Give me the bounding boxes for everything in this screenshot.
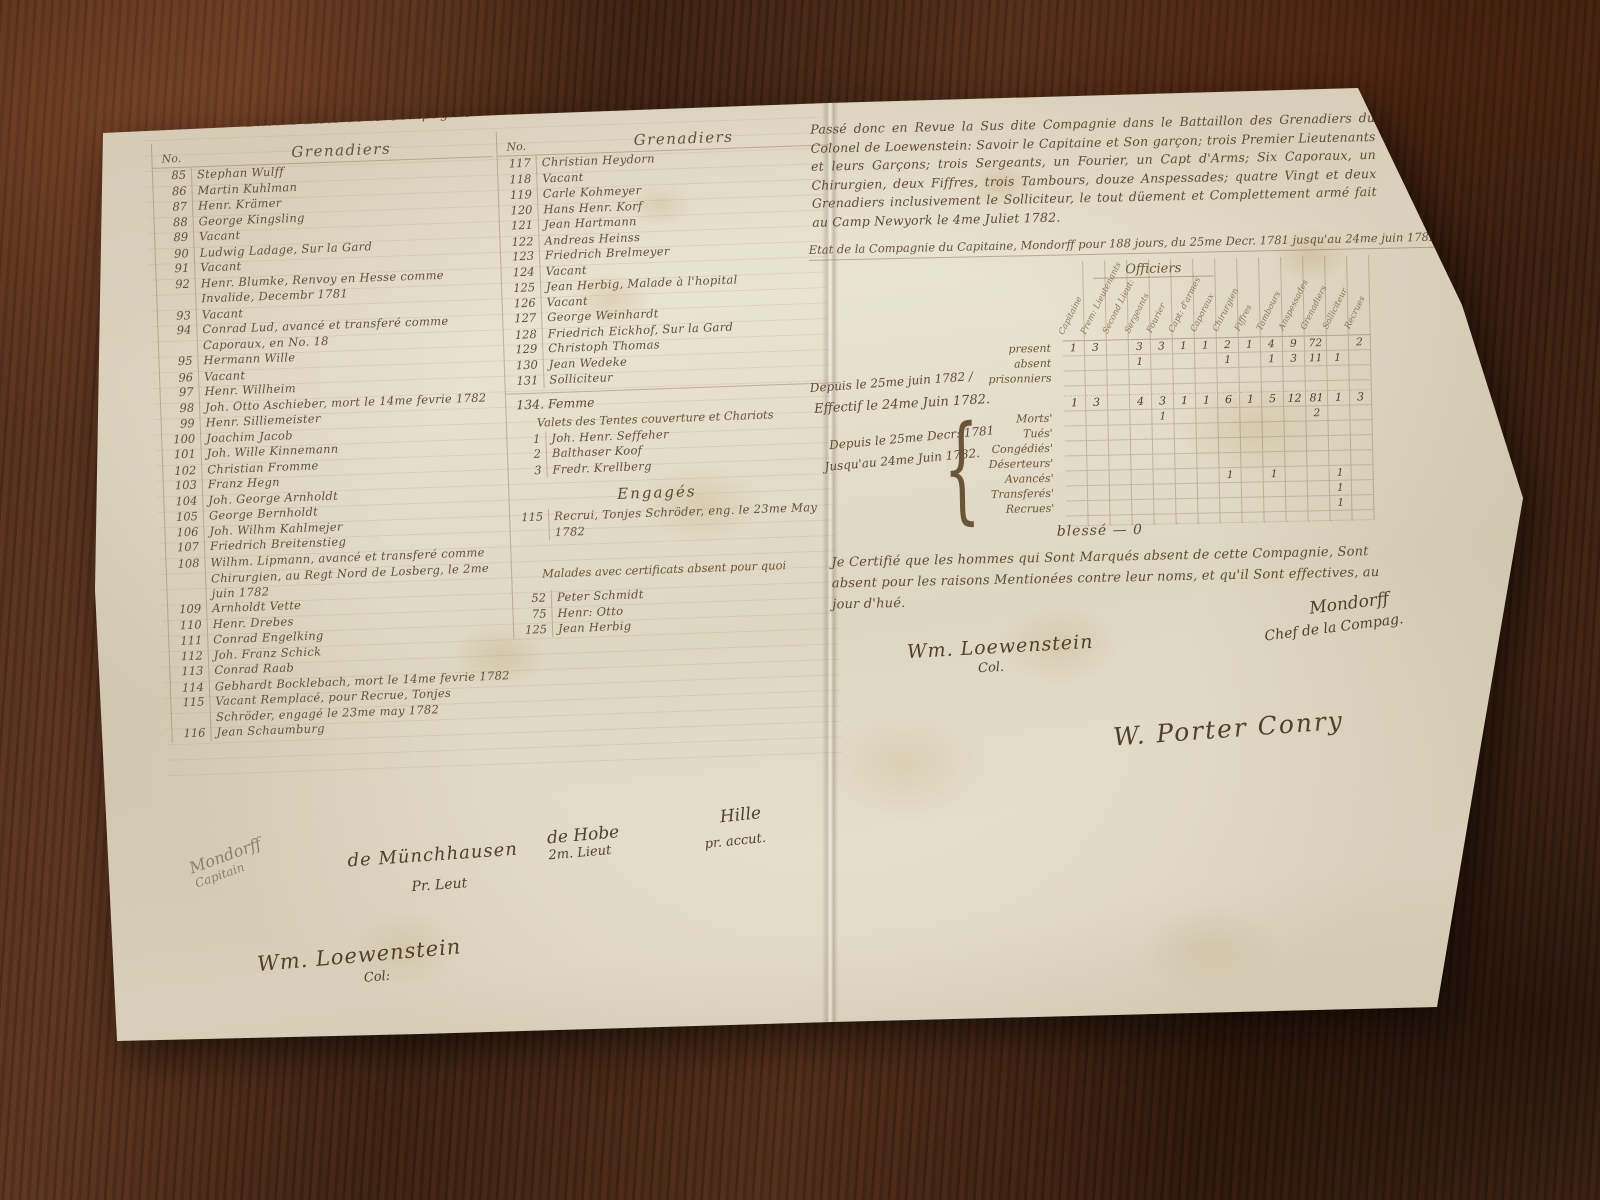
roster-number: 97: [160, 384, 199, 401]
roster-number: 128: [504, 326, 543, 343]
table-cell: [1131, 425, 1153, 440]
signature-munchhausen: de Münchhausen Pr. Leut: [347, 839, 521, 900]
roster-number: 92: [157, 276, 196, 308]
brace-glyph: {: [942, 399, 981, 536]
table-cell: [1351, 465, 1373, 480]
roster-number: 113: [170, 663, 209, 680]
table-cell: [1197, 438, 1219, 453]
table-cell: [1352, 510, 1374, 520]
table-cell: [1241, 452, 1263, 467]
left-page: Encore Liste de la Compagnie No. Grenadi…: [150, 94, 873, 1068]
table-cell: [1217, 368, 1239, 383]
table-cell: 1: [1328, 391, 1350, 406]
table-cell: [1151, 354, 1173, 369]
roster-number: 104: [164, 493, 203, 510]
table-cell: [1349, 365, 1371, 380]
photo-of-document-on-wood-table: Encore Liste de la Compagnie No. Grenadi…: [0, 0, 1600, 1200]
roster-number: 86: [153, 183, 192, 200]
table-cell: [1176, 514, 1198, 524]
table-cell: [1308, 481, 1330, 496]
roster-number: 52: [513, 590, 552, 607]
table-cell: [1064, 386, 1086, 396]
table-cell: [1351, 435, 1373, 450]
roster-number: 114: [171, 679, 210, 696]
table-cell: 3: [1129, 340, 1151, 355]
table-cell: [1174, 409, 1196, 424]
table-cell: [1132, 485, 1154, 500]
roster-number: 88: [154, 214, 193, 231]
table-cell: [1132, 470, 1154, 485]
table-cell: 1: [1195, 338, 1217, 353]
roster-number: 85: [153, 168, 192, 185]
table-cell: 1: [1152, 409, 1174, 424]
table-cell: [1305, 366, 1327, 381]
table-cell: 2: [1306, 406, 1328, 421]
table-cell: [1242, 512, 1264, 522]
table-grid: CapitainePrem: LieutenantsSecond Lieut:S…: [803, 255, 1374, 532]
table-cell: 12: [1284, 391, 1306, 406]
table-cell: [1065, 426, 1087, 441]
table-cell: [1307, 451, 1329, 466]
table-cell: 4: [1261, 337, 1283, 352]
paper-shadow-wrap: Encore Liste de la Compagnie No. Grenadi…: [0, 0, 1600, 1200]
table-cell: [1195, 368, 1217, 383]
table-cell: [1065, 456, 1087, 471]
table-cell: [1329, 436, 1351, 451]
roster-number: 126: [502, 295, 541, 312]
table-cell: [1129, 370, 1151, 385]
table-cell: [1220, 498, 1242, 513]
table-cell: [1349, 350, 1371, 365]
table-cell: [1308, 496, 1330, 511]
roster-number: 125: [514, 622, 553, 639]
table-cell: [1350, 380, 1372, 390]
table-cell: 1: [1239, 337, 1261, 352]
table-cell: [1175, 454, 1197, 469]
table-cell: [1242, 482, 1264, 497]
table-cell: 1: [1129, 355, 1151, 370]
roster-number: 90: [155, 246, 194, 263]
table-cell: [1110, 485, 1132, 500]
table-cell: [1286, 481, 1308, 496]
table-cell: 1: [1219, 468, 1241, 483]
roster-number: 109: [168, 601, 207, 618]
table-cell: [1198, 483, 1220, 498]
table-cell: [1109, 455, 1131, 470]
roster-number: 2: [508, 446, 547, 463]
roster-number: 123: [501, 249, 540, 266]
table-cell: 3: [1085, 341, 1107, 356]
table-cell: 3: [1151, 339, 1173, 354]
table-cell: [1108, 410, 1130, 425]
roster-number: 94: [158, 323, 197, 355]
table-cell: [1154, 499, 1176, 514]
roster-number: 117: [498, 156, 537, 173]
number-column-header: No.: [497, 140, 535, 154]
table-cell: [1286, 511, 1308, 521]
roster-number: 124: [501, 264, 540, 281]
table-cell: [1109, 425, 1131, 440]
table-cell: [1154, 469, 1176, 484]
table-cell: [1327, 336, 1349, 351]
table-cell: [1153, 454, 1175, 469]
table-cell: [1132, 500, 1154, 515]
table-cell: 1: [1063, 341, 1085, 356]
table-cell: [1306, 381, 1328, 391]
roster-number: 110: [168, 617, 207, 634]
table-cell: 3: [1283, 351, 1305, 366]
roster-column-2: No. Grenadiers 117Christian Heydorn118Va…: [496, 120, 849, 638]
table-cell: [1197, 468, 1219, 483]
table-cell: [1152, 384, 1174, 394]
table-cell: 1: [1217, 353, 1239, 368]
roster-number: 103: [164, 477, 203, 494]
table-cell: [1351, 420, 1373, 435]
table-cell: 1: [1240, 392, 1262, 407]
roster-number: 106: [165, 524, 204, 541]
table-header-row: CapitainePrem: LieutenantsSecond Lieut:S…: [803, 255, 1371, 347]
signature-loewenstein-right: Wm. Loewenstein Col.: [906, 631, 1095, 680]
table-cell: 4: [1130, 395, 1152, 410]
table-cell: 1: [1263, 467, 1285, 482]
table-cell: [1197, 423, 1219, 438]
signature-hille: Hille pr. accut.: [701, 803, 767, 852]
table-cell: 5: [1262, 392, 1284, 407]
table-cell: [1283, 366, 1305, 381]
table-cell: [1109, 440, 1131, 455]
signature-mondorff-capitain: Mondorff Capitain: [187, 834, 269, 891]
table-cell: [1063, 371, 1085, 386]
table-cell: 1: [1064, 396, 1086, 411]
table-cell: [1153, 439, 1175, 454]
table-cell: [1130, 385, 1152, 395]
muster-paragraph: Passé donc en Revue la Sus dite Compagni…: [810, 109, 1377, 232]
table-cell: [1196, 408, 1218, 423]
table-cell: [1087, 426, 1109, 441]
table-cell: [1327, 366, 1349, 381]
table-cell: [1087, 441, 1109, 456]
table-cell: [1285, 436, 1307, 451]
table-cell: [1088, 486, 1110, 501]
table-cell: [1284, 406, 1306, 421]
table-cell: [1285, 466, 1307, 481]
table-cell: [1240, 407, 1262, 422]
roster-number: 100: [162, 431, 201, 448]
table-cell: [1308, 511, 1330, 521]
table-cell: [1154, 514, 1176, 524]
table-cell: 3: [1152, 394, 1174, 409]
signature-porter-conry: W. Porter Conry: [1112, 706, 1345, 752]
table-cell: [1262, 407, 1284, 422]
table-cell: [1173, 369, 1195, 384]
table-cell: [1307, 421, 1329, 436]
table-cell: [1085, 356, 1107, 371]
roster-number: 105: [165, 509, 204, 526]
table-cell: [1130, 410, 1152, 425]
table-cell: 1: [1196, 393, 1218, 408]
number-column-header: No.: [152, 152, 190, 166]
table-cell: [1285, 421, 1307, 436]
table-cell: [1107, 370, 1129, 385]
table-cell: [1262, 382, 1284, 392]
table-cell: [1239, 352, 1261, 367]
table-cell: 9: [1283, 336, 1305, 351]
roster-number: 112: [170, 648, 209, 665]
right-page: Passé donc en Revue la Sus dite Compagni…: [800, 99, 1560, 834]
table-cell: [1263, 452, 1285, 467]
table-cell: [1154, 484, 1176, 499]
roster-number: 120: [499, 202, 538, 219]
table-cell: [1107, 340, 1129, 355]
signature-loewenstein-left: Wm. Loewenstein Col:: [256, 934, 464, 995]
table-cell: [1197, 453, 1219, 468]
roster-number: 116: [172, 725, 211, 742]
signature-rank: pr. accut.: [703, 823, 766, 852]
table-cell: [1176, 499, 1198, 514]
table-cell: [1264, 482, 1286, 497]
table-cell: [1218, 408, 1240, 423]
table-cell: [1175, 424, 1197, 439]
table-cell: [1153, 424, 1175, 439]
table-cell: [1241, 467, 1263, 482]
table-cell: 1: [1329, 466, 1351, 481]
table-cell: [1066, 486, 1088, 501]
table-cell: [1107, 355, 1129, 370]
table-cell: [1330, 511, 1352, 521]
table-cell: [1285, 451, 1307, 466]
roster-number: 121: [500, 218, 539, 235]
roster-number: 118: [498, 171, 537, 188]
table-cell: 2: [1217, 338, 1239, 353]
roster-number: 115: [510, 509, 549, 541]
table-cell: [1110, 470, 1132, 485]
roster-number: 127: [503, 310, 542, 327]
table-cell: [1085, 371, 1107, 386]
table-cell: 1: [1327, 351, 1349, 366]
table-cell: [1241, 437, 1263, 452]
roster-number: 93: [158, 307, 197, 324]
table-cell: 1: [1330, 496, 1352, 511]
roster-number: 89: [155, 230, 194, 247]
table-cell: 11: [1305, 351, 1327, 366]
roster-number: 87: [154, 199, 193, 216]
roster-number: 96: [160, 369, 199, 386]
table-cell: [1110, 500, 1132, 515]
roster-column-1-rows: 85Stephan Wulff86Martin Kuhlman87Henr. K…: [153, 157, 513, 742]
table-cell: [1218, 383, 1240, 393]
table-cell: [1307, 436, 1329, 451]
roster-number: 130: [505, 357, 544, 374]
table-cell: [1176, 469, 1198, 484]
table-cell: 81: [1306, 391, 1328, 406]
table-cell: [1088, 471, 1110, 486]
table-cell: [1328, 381, 1350, 391]
row-label-spacer: [803, 262, 1063, 347]
table-cell: [1086, 411, 1108, 426]
roster-column-2-rows: 117Christian Heydorn118Vacant119Carle Ko…: [498, 145, 841, 389]
table-cell: [1328, 406, 1350, 421]
blesse-note: blessé — 0: [1057, 522, 1144, 540]
table-cell: [1219, 438, 1241, 453]
table-cell: [1088, 501, 1110, 516]
table-cell: [1063, 356, 1085, 371]
roster-number: 131: [505, 373, 544, 390]
table-cell: [1064, 411, 1086, 426]
table-cell: [1196, 383, 1218, 393]
roster-number: 125: [502, 280, 541, 297]
table-cell: 2: [1349, 335, 1371, 350]
table-cell: [1108, 385, 1130, 395]
table-cell: [1239, 367, 1261, 382]
roster-number: 95: [159, 353, 198, 370]
roster-number: 101: [163, 446, 202, 463]
roster-number: 98: [161, 400, 200, 417]
table-cell: 72: [1305, 336, 1327, 351]
roster-number: 108: [166, 555, 206, 603]
table-cell: 3: [1350, 390, 1372, 405]
table-cell: [1219, 423, 1241, 438]
table-cell: [1176, 484, 1198, 499]
roster-number: 119: [499, 187, 538, 204]
roster-number: 3: [508, 462, 547, 479]
table-cell: [1284, 381, 1306, 391]
table-cell: [1173, 354, 1195, 369]
table-cell: [1086, 386, 1108, 396]
table-cell: [1241, 422, 1263, 437]
table-cell: [1131, 455, 1153, 470]
table-cell: 6: [1218, 393, 1240, 408]
roster-column-1: No. Grenadiers 85Stephan Wulff86Martin K…: [151, 132, 513, 742]
table-cell: [1261, 367, 1283, 382]
roster-number: 102: [163, 462, 202, 479]
roster-number: 111: [169, 633, 208, 650]
table-cell: [1307, 466, 1329, 481]
roster-number: 107: [166, 539, 205, 556]
table-cell: [1242, 497, 1264, 512]
table-cell: [1219, 453, 1241, 468]
table-title: Etat de la Compagnie du Capitaine, Mondo…: [809, 228, 1509, 261]
table-cell: [1175, 439, 1197, 454]
table-cell: [1065, 441, 1087, 456]
table-cell: [1131, 440, 1153, 455]
roster-number: 1: [507, 431, 546, 448]
table-cell: 1: [1330, 481, 1352, 496]
signature-hohe: de Hobe 2m. Lieut: [546, 822, 621, 863]
table-cell: [1108, 395, 1130, 410]
document-paper: Encore Liste de la Compagnie No. Grenadi…: [0, 0, 1600, 1200]
roster-number: 91: [156, 261, 195, 278]
table-cell: [1352, 480, 1374, 495]
page-title: Encore Liste de la Compagnie: [246, 106, 473, 131]
column-header-cell: Recrues: [1347, 255, 1371, 335]
roster-number: 75: [513, 606, 552, 623]
roster-number: 122: [500, 233, 539, 250]
table-cell: [1198, 498, 1220, 513]
table-cell: 3: [1086, 396, 1108, 411]
table-cell: [1286, 496, 1308, 511]
roster-number: 115: [171, 694, 210, 726]
table-cell: [1240, 382, 1262, 392]
table-cell: [1350, 405, 1372, 420]
table-cell: [1151, 369, 1173, 384]
table-cell: [1195, 353, 1217, 368]
roster-number: 129: [504, 341, 543, 358]
table-cell: 1: [1173, 339, 1195, 354]
table-cell: [1174, 384, 1196, 394]
table-cell: [1220, 483, 1242, 498]
table-cell: [1087, 456, 1109, 471]
roster-number: 99: [161, 416, 200, 433]
table-cell: [1220, 513, 1242, 523]
table-cell: 1: [1174, 394, 1196, 409]
table-cell: [1264, 497, 1286, 512]
table-cell: [1352, 495, 1374, 510]
table-cell: [1264, 512, 1286, 522]
table-cell: [1263, 437, 1285, 452]
table-cell: [1329, 421, 1351, 436]
table-cell: [1066, 471, 1088, 486]
table-cell: [1198, 513, 1220, 523]
table-cell: [1329, 451, 1351, 466]
table-cell: [1066, 501, 1088, 516]
table-cell: [1351, 450, 1373, 465]
table-cell: 1: [1261, 352, 1283, 367]
table-cell: [1263, 422, 1285, 437]
